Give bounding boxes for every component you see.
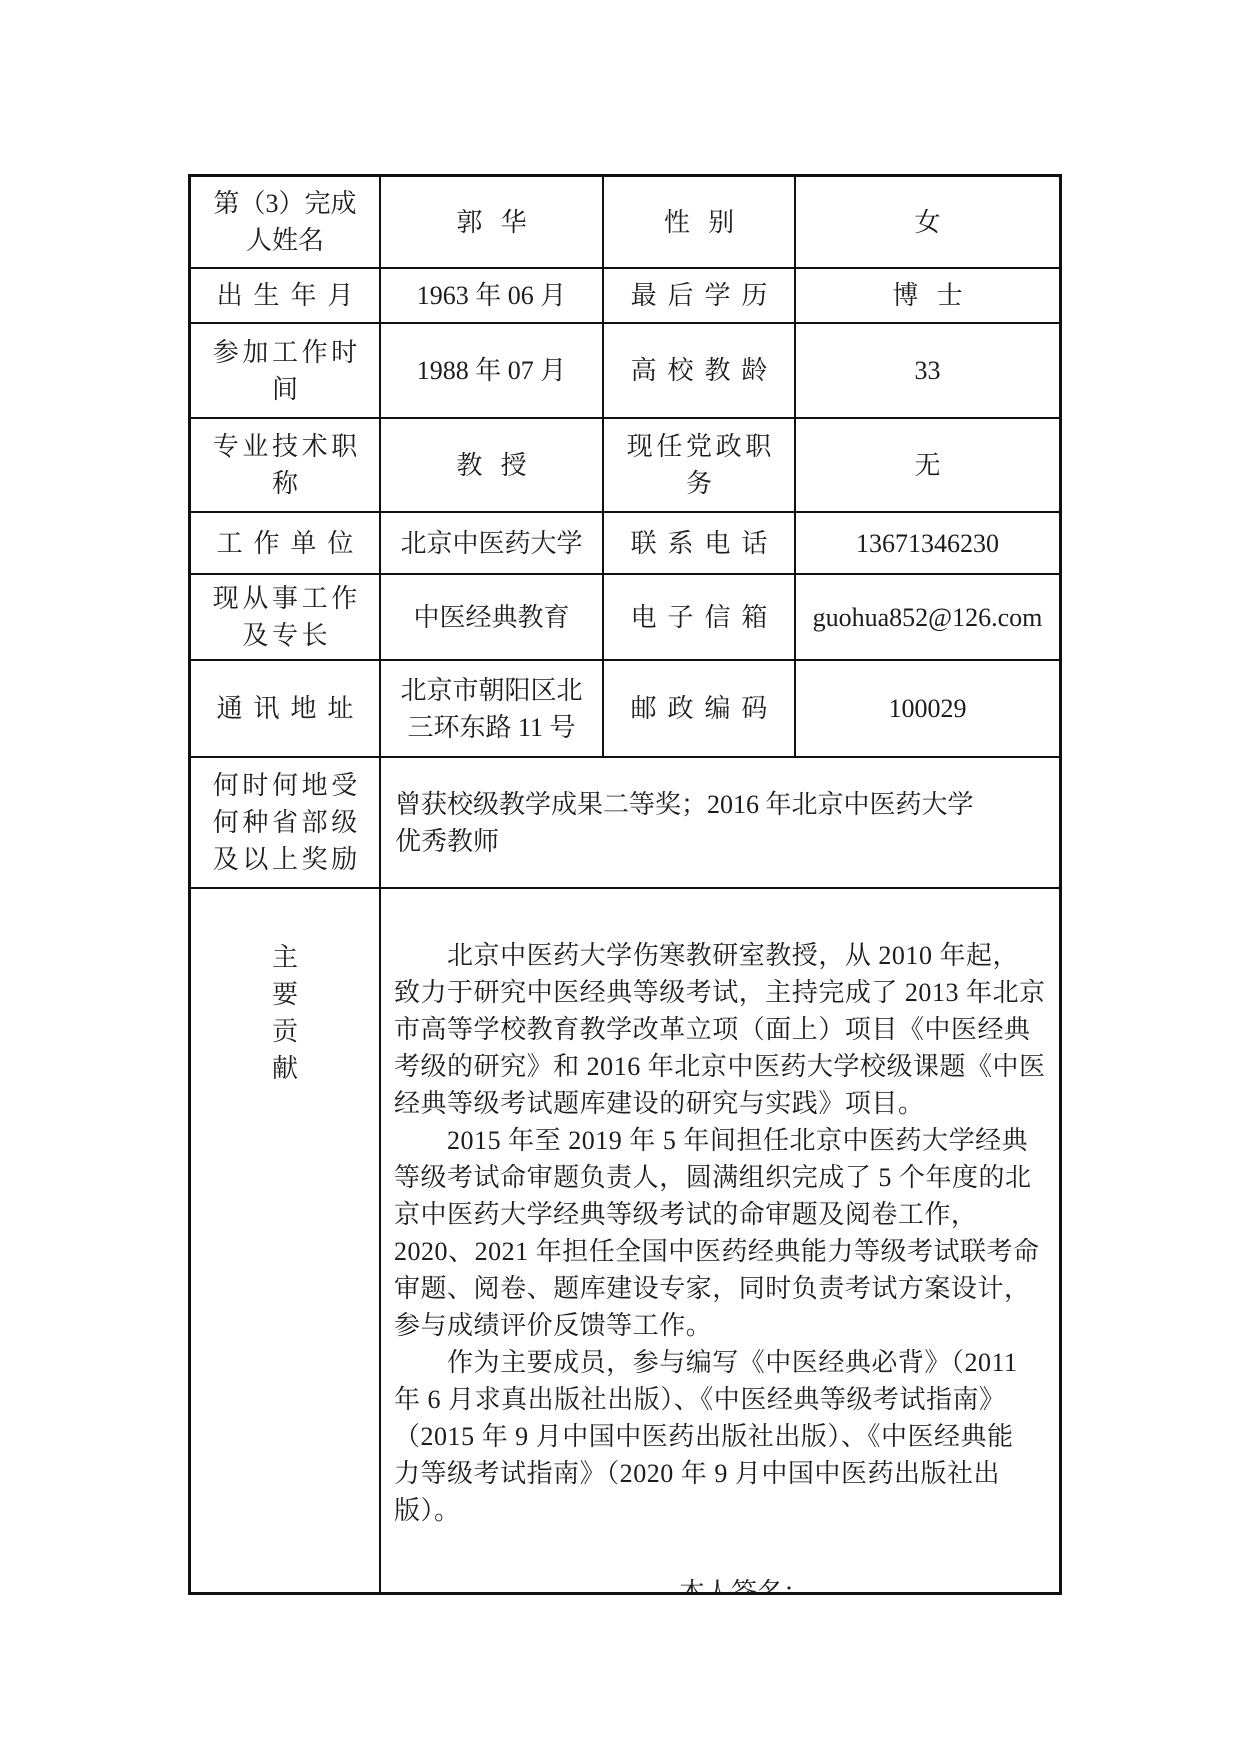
birth-date-value: 1963 年 06 月 — [381, 269, 604, 324]
completer-name-label: 第（3）完成 人姓名 — [191, 177, 381, 269]
education-value: 博士 — [796, 269, 1059, 324]
current-work-label: 现从事工作 及专长 — [191, 575, 381, 661]
gender-value: 女 — [796, 177, 1059, 269]
employer-value: 北京中医药大学 — [381, 513, 604, 575]
party-post-label: 现任党政职 务 — [604, 419, 796, 513]
current-work-value: 中医经典教育 — [381, 575, 604, 661]
education-label: 最后学历 — [604, 269, 796, 324]
contribution-body: 北京中医药大学伤寒教研室教授，从 2010 年起， 致力于研究中医经典等级考试，… — [394, 937, 1051, 1529]
personnel-form-table: 第（3）完成 人姓名 郭华 性别 女 出生年月 1963 年 06 月 最后学历… — [188, 174, 1062, 1595]
completer-name-value: 郭华 — [381, 177, 604, 269]
postcode-label: 邮政编码 — [604, 661, 796, 758]
awards-value: 曾获校级教学成果二等奖；2016 年北京中医药大学 优秀教师 — [381, 758, 1059, 889]
address-value: 北京市朝阳区北 三环东路 11 号 — [381, 661, 604, 758]
contribution-label: 主 要 贡 献 — [191, 889, 381, 1592]
gender-label: 性别 — [604, 177, 796, 269]
birth-date-label: 出生年月 — [191, 269, 381, 324]
address-label: 通讯地址 — [191, 661, 381, 758]
employer-label: 工作单位 — [191, 513, 381, 575]
signature-label: 本人签名： — [394, 1574, 1051, 1592]
email-value: guohua852@126.com — [796, 575, 1059, 661]
contribution-cell: 北京中医药大学伤寒教研室教授，从 2010 年起， 致力于研究中医经典等级考试，… — [381, 889, 1059, 1592]
title-value: 教授 — [381, 419, 604, 513]
document-page: 第（3）完成 人姓名 郭华 性别 女 出生年月 1963 年 06 月 最后学历… — [0, 0, 1241, 1754]
teaching-years-value: 33 — [796, 324, 1059, 419]
postcode-value: 100029 — [796, 661, 1059, 758]
teaching-years-label: 高校教龄 — [604, 324, 796, 419]
awards-label: 何时何地受 何种省部级 及以上奖励 — [191, 758, 381, 889]
email-label: 电子信箱 — [604, 575, 796, 661]
party-post-value: 无 — [796, 419, 1059, 513]
work-start-label: 参加工作时 间 — [191, 324, 381, 419]
title-label: 专业技术职 称 — [191, 419, 381, 513]
phone-value: 13671346230 — [796, 513, 1059, 575]
phone-label: 联系电话 — [604, 513, 796, 575]
work-start-value: 1988 年 07 月 — [381, 324, 604, 419]
